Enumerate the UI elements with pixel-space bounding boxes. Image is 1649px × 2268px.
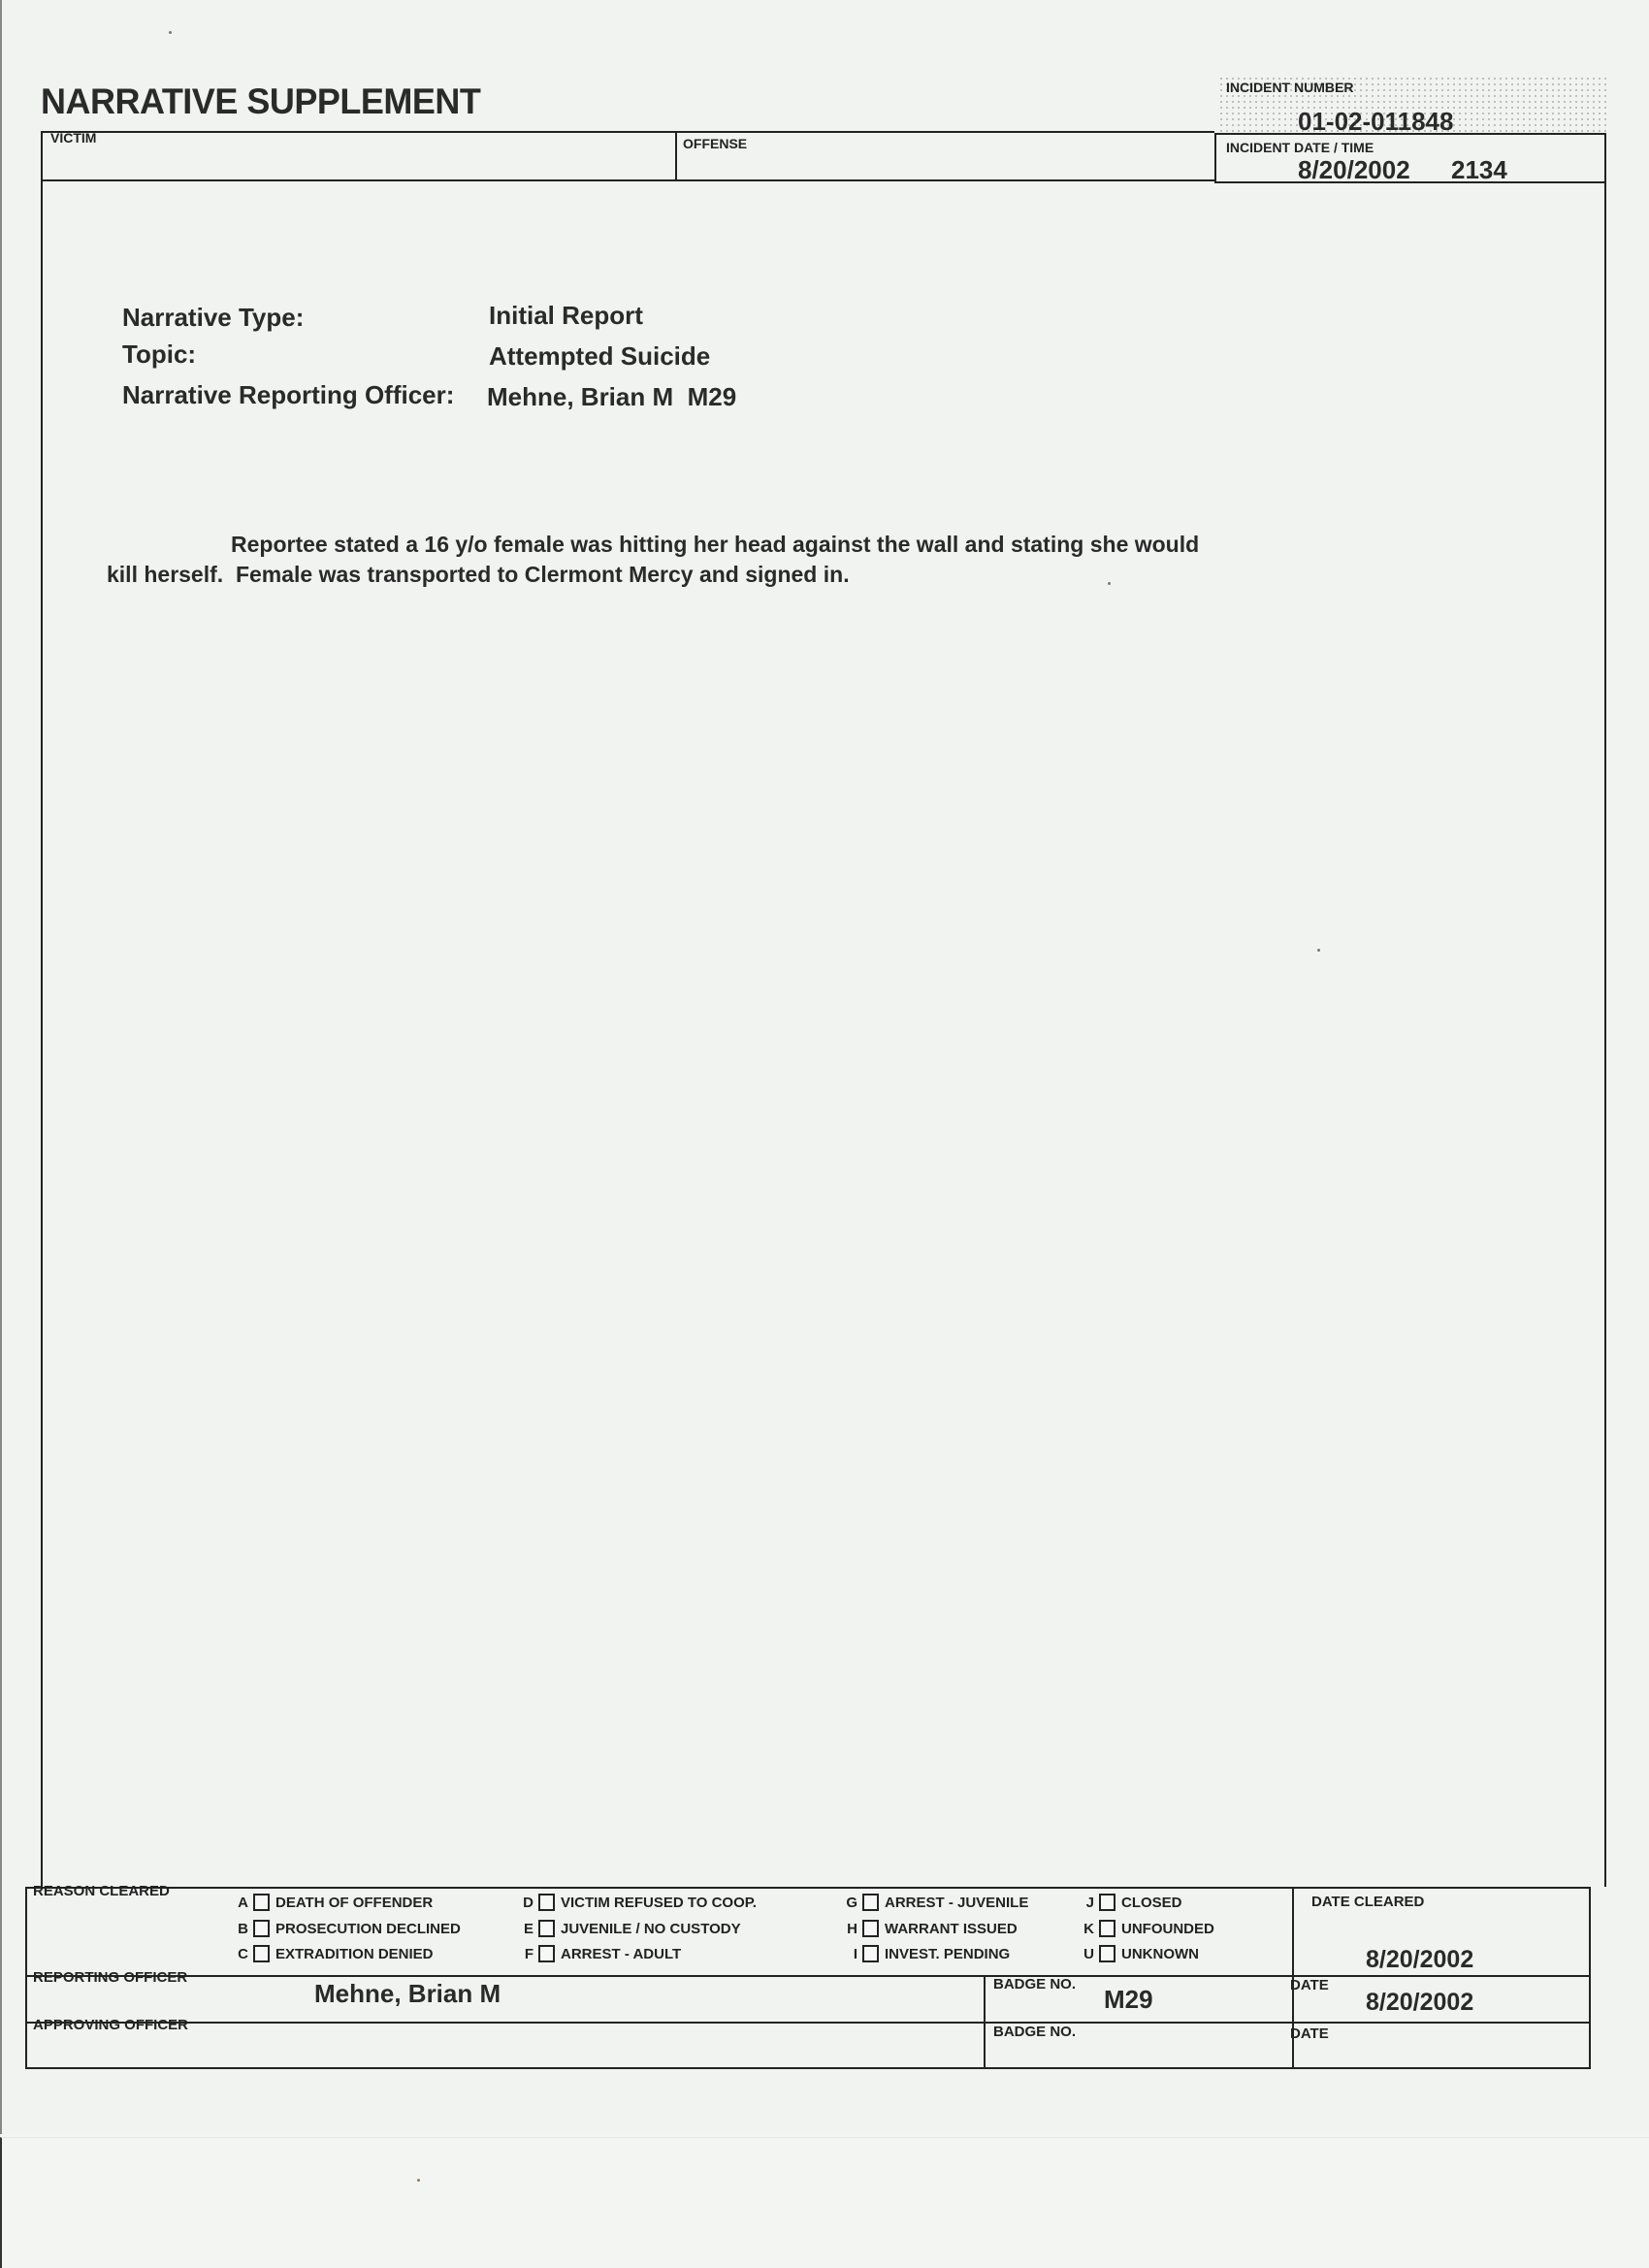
reporting-officer-value: Mehne, Brian M M29 (487, 382, 736, 412)
option-letter: F (520, 1946, 533, 1962)
checkbox[interactable] (862, 1945, 879, 1962)
reporting-officer-label: Narrative Reporting Officer: (122, 380, 454, 410)
checkbox[interactable] (1099, 1894, 1115, 1911)
divider (25, 1975, 1589, 1977)
option-letter: A (235, 1895, 248, 1911)
clearance-table (25, 1887, 1591, 2069)
reason-option-b[interactable]: BPROSECUTION DECLINED (235, 1920, 461, 1937)
scan-speck (1317, 949, 1320, 952)
checkbox[interactable] (1099, 1920, 1115, 1937)
checkbox[interactable] (1099, 1945, 1115, 1962)
option-letter: K (1081, 1921, 1094, 1937)
incident-datetime-label: INCIDENT DATE / TIME (1226, 140, 1374, 155)
narrative-line-text: Reportee stated a 16 y/o female was hitt… (231, 532, 1199, 557)
option-letter: D (520, 1895, 533, 1911)
reporting-date-label: DATE (1290, 1977, 1329, 1993)
option-label: JUVENILE / NO CUSTODY (561, 1921, 741, 1937)
reason-option-c[interactable]: CEXTRADITION DENIED (235, 1945, 434, 1962)
reason-option-e[interactable]: EJUVENILE / NO CUSTODY (520, 1920, 741, 1937)
reason-option-g[interactable]: GARREST - JUVENILE (844, 1894, 1028, 1911)
divider (25, 2022, 1589, 2024)
scan-speck (1108, 582, 1111, 585)
approving-officer-field-label: APPROVING OFFICER (33, 2017, 188, 2033)
narrative-type-label: Narrative Type: (122, 303, 304, 333)
reason-option-k[interactable]: KUNFOUNDED (1081, 1920, 1214, 1937)
reason-cleared-label: REASON CLEARED (33, 1883, 170, 1899)
reason-option-a[interactable]: ADEATH OF OFFENDER (235, 1894, 433, 1911)
option-label: DEATH OF OFFENDER (275, 1895, 433, 1911)
option-letter: B (235, 1921, 248, 1937)
narrative-body: Reportee stated a 16 y/o female was hitt… (109, 530, 1331, 590)
option-label: INVEST. PENDING (885, 1946, 1010, 1962)
reason-option-i[interactable]: IINVEST. PENDING (844, 1945, 1010, 1962)
victim-label: VICTIM (50, 130, 96, 146)
option-letter: U (1081, 1946, 1094, 1962)
topic-value: Attempted Suicide (489, 341, 710, 372)
scan-speck (169, 31, 172, 34)
reporting-date-value: 8/20/2002 (1366, 1989, 1473, 2017)
option-letter: E (520, 1921, 533, 1937)
reporting-officer-field-label: REPORTING OFFICER (33, 1969, 187, 1986)
narrative-line-text: kill herself. Female was transported to … (107, 562, 850, 587)
offense-label: OFFENSE (683, 136, 747, 151)
option-letter: H (844, 1921, 857, 1937)
option-label: ARREST - ADULT (561, 1946, 681, 1962)
offense-field (675, 131, 1214, 181)
option-label: UNKNOWN (1121, 1946, 1199, 1962)
approving-badge-label: BADGE NO. (993, 2024, 1076, 2040)
reason-option-j[interactable]: JCLOSED (1081, 1894, 1182, 1911)
checkbox[interactable] (253, 1920, 270, 1937)
option-label: CLOSED (1121, 1895, 1182, 1911)
reason-option-d[interactable]: DVICTIM REFUSED TO COOP. (520, 1894, 757, 1911)
checkbox[interactable] (538, 1920, 555, 1937)
date-cleared-label: DATE CLEARED (1311, 1894, 1424, 1910)
option-label: EXTRADITION DENIED (275, 1946, 434, 1962)
option-letter: J (1081, 1895, 1094, 1911)
checkbox[interactable] (253, 1894, 270, 1911)
checkbox[interactable] (253, 1945, 270, 1962)
form-title: NARRATIVE SUPPLEMENT (41, 81, 480, 123)
option-letter: I (844, 1946, 857, 1962)
narrative-line: kill herself. Female was transported to … (107, 560, 1331, 590)
checkbox[interactable] (538, 1894, 555, 1911)
reason-option-f[interactable]: FARREST - ADULT (520, 1945, 681, 1962)
divider (984, 1975, 986, 2067)
reason-option-u[interactable]: UUNKNOWN (1081, 1945, 1199, 1962)
reporting-badge-label: BADGE NO. (993, 1976, 1076, 1993)
checkbox[interactable] (862, 1920, 879, 1937)
approving-date-label: DATE (1290, 2025, 1329, 2042)
second-page-edge (0, 2137, 1649, 2268)
option-letter: C (235, 1946, 248, 1962)
checkbox[interactable] (862, 1894, 879, 1911)
topic-label: Topic: (122, 340, 196, 370)
narrative-area (41, 179, 1606, 1887)
reporting-badge-value: M29 (1104, 1985, 1153, 2015)
option-letter: G (844, 1895, 857, 1911)
checkbox[interactable] (538, 1945, 555, 1962)
date-cleared-value: 8/20/2002 (1366, 1946, 1473, 1974)
narrative-line: Reportee stated a 16 y/o female was hitt… (109, 530, 1331, 560)
scan-speck (417, 2179, 420, 2182)
option-label: UNFOUNDED (1121, 1921, 1214, 1937)
option-label: VICTIM REFUSED TO COOP. (561, 1895, 757, 1911)
narrative-type-value: Initial Report (489, 301, 643, 331)
victim-field (41, 131, 677, 181)
document-page: NARRATIVE SUPPLEMENT INCIDENT NUMBER 01-… (0, 0, 1649, 2134)
option-label: ARREST - JUVENILE (885, 1895, 1028, 1911)
reason-option-h[interactable]: HWARRANT ISSUED (844, 1920, 1018, 1937)
option-label: PROSECUTION DECLINED (275, 1921, 461, 1937)
incident-number-label: INCIDENT NUMBER (1226, 80, 1353, 95)
reporting-officer-name: Mehne, Brian M (314, 1979, 501, 2009)
option-label: WARRANT ISSUED (885, 1921, 1018, 1937)
